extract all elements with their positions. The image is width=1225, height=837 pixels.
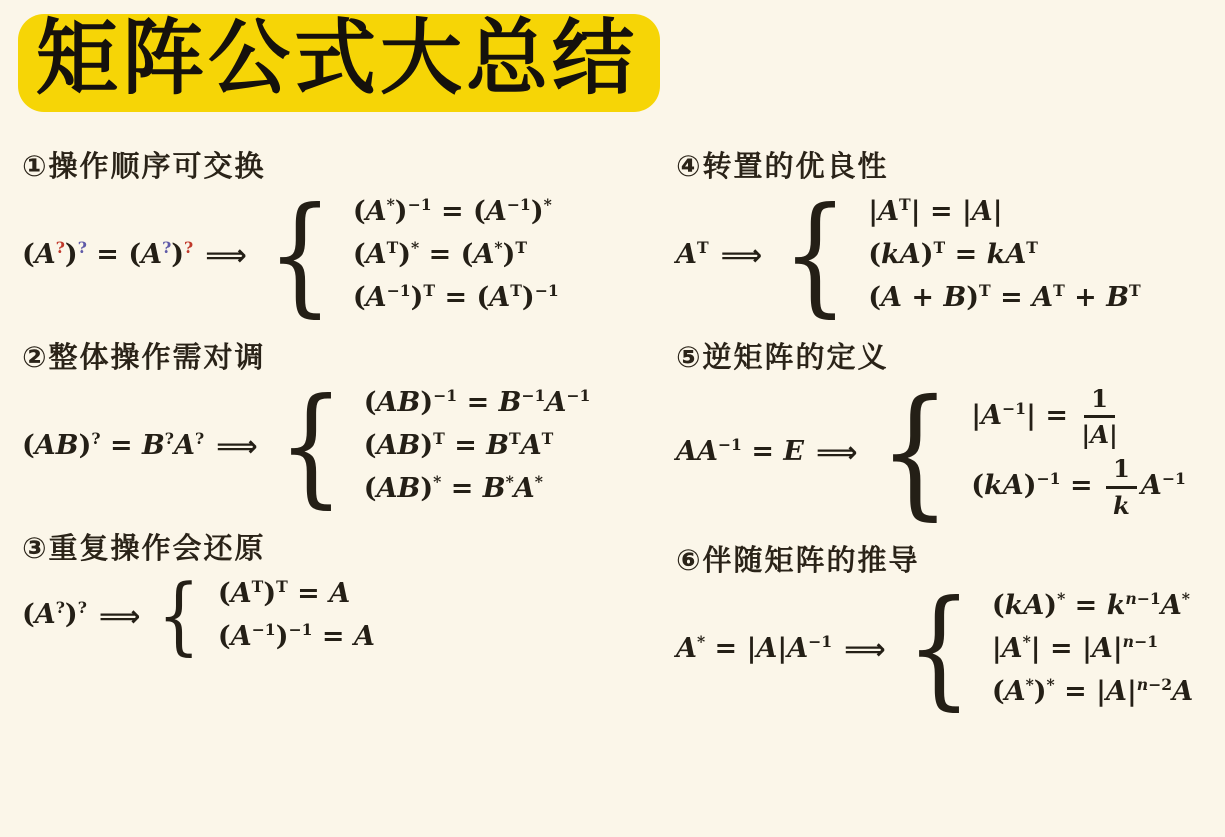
- case-formula: (kA)T = kAT: [868, 237, 1038, 273]
- case-row: (A−1)T = (AT)−1: [353, 279, 559, 317]
- implies-arrow: ⟹: [816, 435, 858, 469]
- case-row: (A−1)−1 = A: [218, 618, 375, 656]
- implies-arrow: ⟹: [844, 632, 886, 666]
- section-1-formula: (A?)? = (A?)? ⟹ { (A*)−1 = (A−1)*(AT)* =…: [22, 193, 668, 317]
- left-column: ①操作顺序可交换 (A?)? = (A?)? ⟹ { (A*)−1 = (A−1…: [16, 134, 668, 729]
- case-formula: (AB)T = BTAT: [364, 428, 554, 464]
- case-row: (AT)T = A: [218, 575, 375, 613]
- case-formula: |A*| = |A|n−1: [992, 631, 1158, 667]
- case-row: (AT)* = (A*)T: [353, 236, 559, 274]
- section-5: ⑤逆矩阵的定义 AA−1 = E ⟹ { |A−1| = 1|A|(kA)−1 …: [674, 335, 1225, 520]
- section-5-lhs: AA−1 = E: [676, 434, 804, 470]
- case-formula: (A−1)T = (AT)−1: [353, 280, 559, 316]
- section-4-lhs: AT: [676, 237, 709, 273]
- section-2-cases: (AB)−1 = B−1A−1(AB)T = BTAT(AB)* = B*A*: [364, 384, 591, 508]
- cases-brace: {: [278, 395, 344, 498]
- two-column-layout: ①操作顺序可交换 (A?)? = (A?)? ⟹ { (A*)−1 = (A−1…: [16, 134, 1225, 729]
- case-row: (kA)T = kAT: [868, 236, 1140, 274]
- section-1-cases: (A*)−1 = (A−1)*(AT)* = (A*)T(A−1)T = (AT…: [353, 193, 559, 317]
- case-row: (AB)T = BTAT: [364, 427, 591, 465]
- page-title: 矩阵公式大总结: [36, 16, 638, 102]
- section-4-cases: |AT| = |A|(kA)T = kAT(A + B)T = AT + BT: [868, 193, 1140, 317]
- case-row: |AT| = |A|: [868, 193, 1140, 231]
- case-formula: (kA)* = kn−1A*: [992, 588, 1190, 624]
- case-formula: (A−1)−1 = A: [218, 619, 375, 655]
- cases-brace: {: [782, 204, 848, 307]
- case-formula: (AB)−1 = B−1A−1: [364, 385, 591, 421]
- section-5-cases: |A−1| = 1|A|(kA)−1 = 1kA−1: [971, 384, 1186, 520]
- section-3-heading: ③重复操作会还原: [22, 526, 668, 567]
- implies-arrow: ⟹: [721, 238, 763, 272]
- section-1-lhs: (A?)? = (A?)?: [22, 237, 193, 273]
- section-2-formula: (AB)? = B?A? ⟹ { (AB)−1 = B−1A−1(AB)T = …: [22, 384, 668, 508]
- section-3: ③重复操作会还原 (A?)? ⟹ { (AT)T = A(A−1)−1 = A: [20, 526, 668, 656]
- case-row: (AB)−1 = B−1A−1: [364, 384, 591, 422]
- case-row: (A + B)T = AT + BT: [868, 279, 1140, 317]
- section-1: ①操作顺序可交换 (A?)? = (A?)? ⟹ { (A*)−1 = (A−1…: [20, 144, 668, 317]
- section-6-cases: (kA)* = kn−1A*|A*| = |A|n−1(A*)* = |A|n−…: [992, 587, 1193, 711]
- section-4-heading: ④转置的优良性: [676, 144, 1225, 185]
- section-6-lhs: A* = |A|A−1: [676, 631, 832, 667]
- cases-brace: {: [267, 204, 333, 307]
- case-formula: (AB)* = B*A*: [364, 471, 543, 507]
- section-3-lhs: (A?)?: [22, 597, 87, 633]
- cases-brace: {: [906, 597, 972, 700]
- case-formula: (A*)−1 = (A−1)*: [353, 194, 552, 230]
- section-4: ④转置的优良性 AT ⟹ { |AT| = |A|(kA)T = kAT(A +…: [674, 144, 1225, 317]
- title-highlight: 矩阵公式大总结: [18, 14, 660, 112]
- section-1-heading: ①操作顺序可交换: [22, 144, 668, 185]
- section-3-formula: (A?)? ⟹ { (AT)T = A(A−1)−1 = A: [22, 575, 668, 656]
- case-formula: (A*)* = |A|n−2A: [992, 674, 1193, 710]
- section-4-formula: AT ⟹ { |AT| = |A|(kA)T = kAT(A + B)T = A…: [676, 193, 1225, 317]
- case-formula: (AT)T = A: [218, 576, 350, 612]
- implies-arrow: ⟹: [205, 238, 247, 272]
- case-formula: (kA)−1 = 1kA−1: [971, 454, 1186, 519]
- section-2-heading: ②整体操作需对调: [22, 335, 668, 376]
- cases-brace: {: [158, 582, 201, 649]
- section-2: ②整体操作需对调 (AB)? = B?A? ⟹ { (AB)−1 = B−1A−…: [20, 335, 668, 508]
- section-2-lhs: (AB)? = B?A?: [22, 428, 204, 464]
- case-row: (A*)−1 = (A−1)*: [353, 193, 559, 231]
- section-6-formula: A* = |A|A−1 ⟹ { (kA)* = kn−1A*|A*| = |A|…: [676, 587, 1225, 711]
- case-row: (AB)* = B*A*: [364, 470, 591, 508]
- case-row: |A−1| = 1|A|: [971, 384, 1186, 449]
- case-row: (A*)* = |A|n−2A: [992, 673, 1193, 711]
- right-column: ④转置的优良性 AT ⟹ { |AT| = |A|(kA)T = kAT(A +…: [668, 134, 1225, 729]
- implies-arrow: ⟹: [99, 599, 141, 633]
- case-formula: (AT)* = (A*)T: [353, 237, 527, 273]
- case-row: |A*| = |A|n−1: [992, 630, 1193, 668]
- case-formula: (A + B)T = AT + BT: [868, 280, 1140, 316]
- cases-brace: {: [879, 396, 951, 509]
- case-formula: |A−1| = 1|A|: [971, 384, 1122, 449]
- case-row: (kA)−1 = 1kA−1: [971, 454, 1186, 519]
- case-formula: |AT| = |A|: [868, 194, 1002, 230]
- section-5-formula: AA−1 = E ⟹ { |A−1| = 1|A|(kA)−1 = 1kA−1: [676, 384, 1225, 520]
- section-3-cases: (AT)T = A(A−1)−1 = A: [218, 575, 375, 656]
- case-row: (kA)* = kn−1A*: [992, 587, 1193, 625]
- notes-page: 矩阵公式大总结 ①操作顺序可交换 (A?)? = (A?)? ⟹ { (A*)−…: [0, 0, 1225, 729]
- section-6: ⑥伴随矩阵的推导 A* = |A|A−1 ⟹ { (kA)* = kn−1A*|…: [674, 538, 1225, 711]
- implies-arrow: ⟹: [216, 429, 258, 463]
